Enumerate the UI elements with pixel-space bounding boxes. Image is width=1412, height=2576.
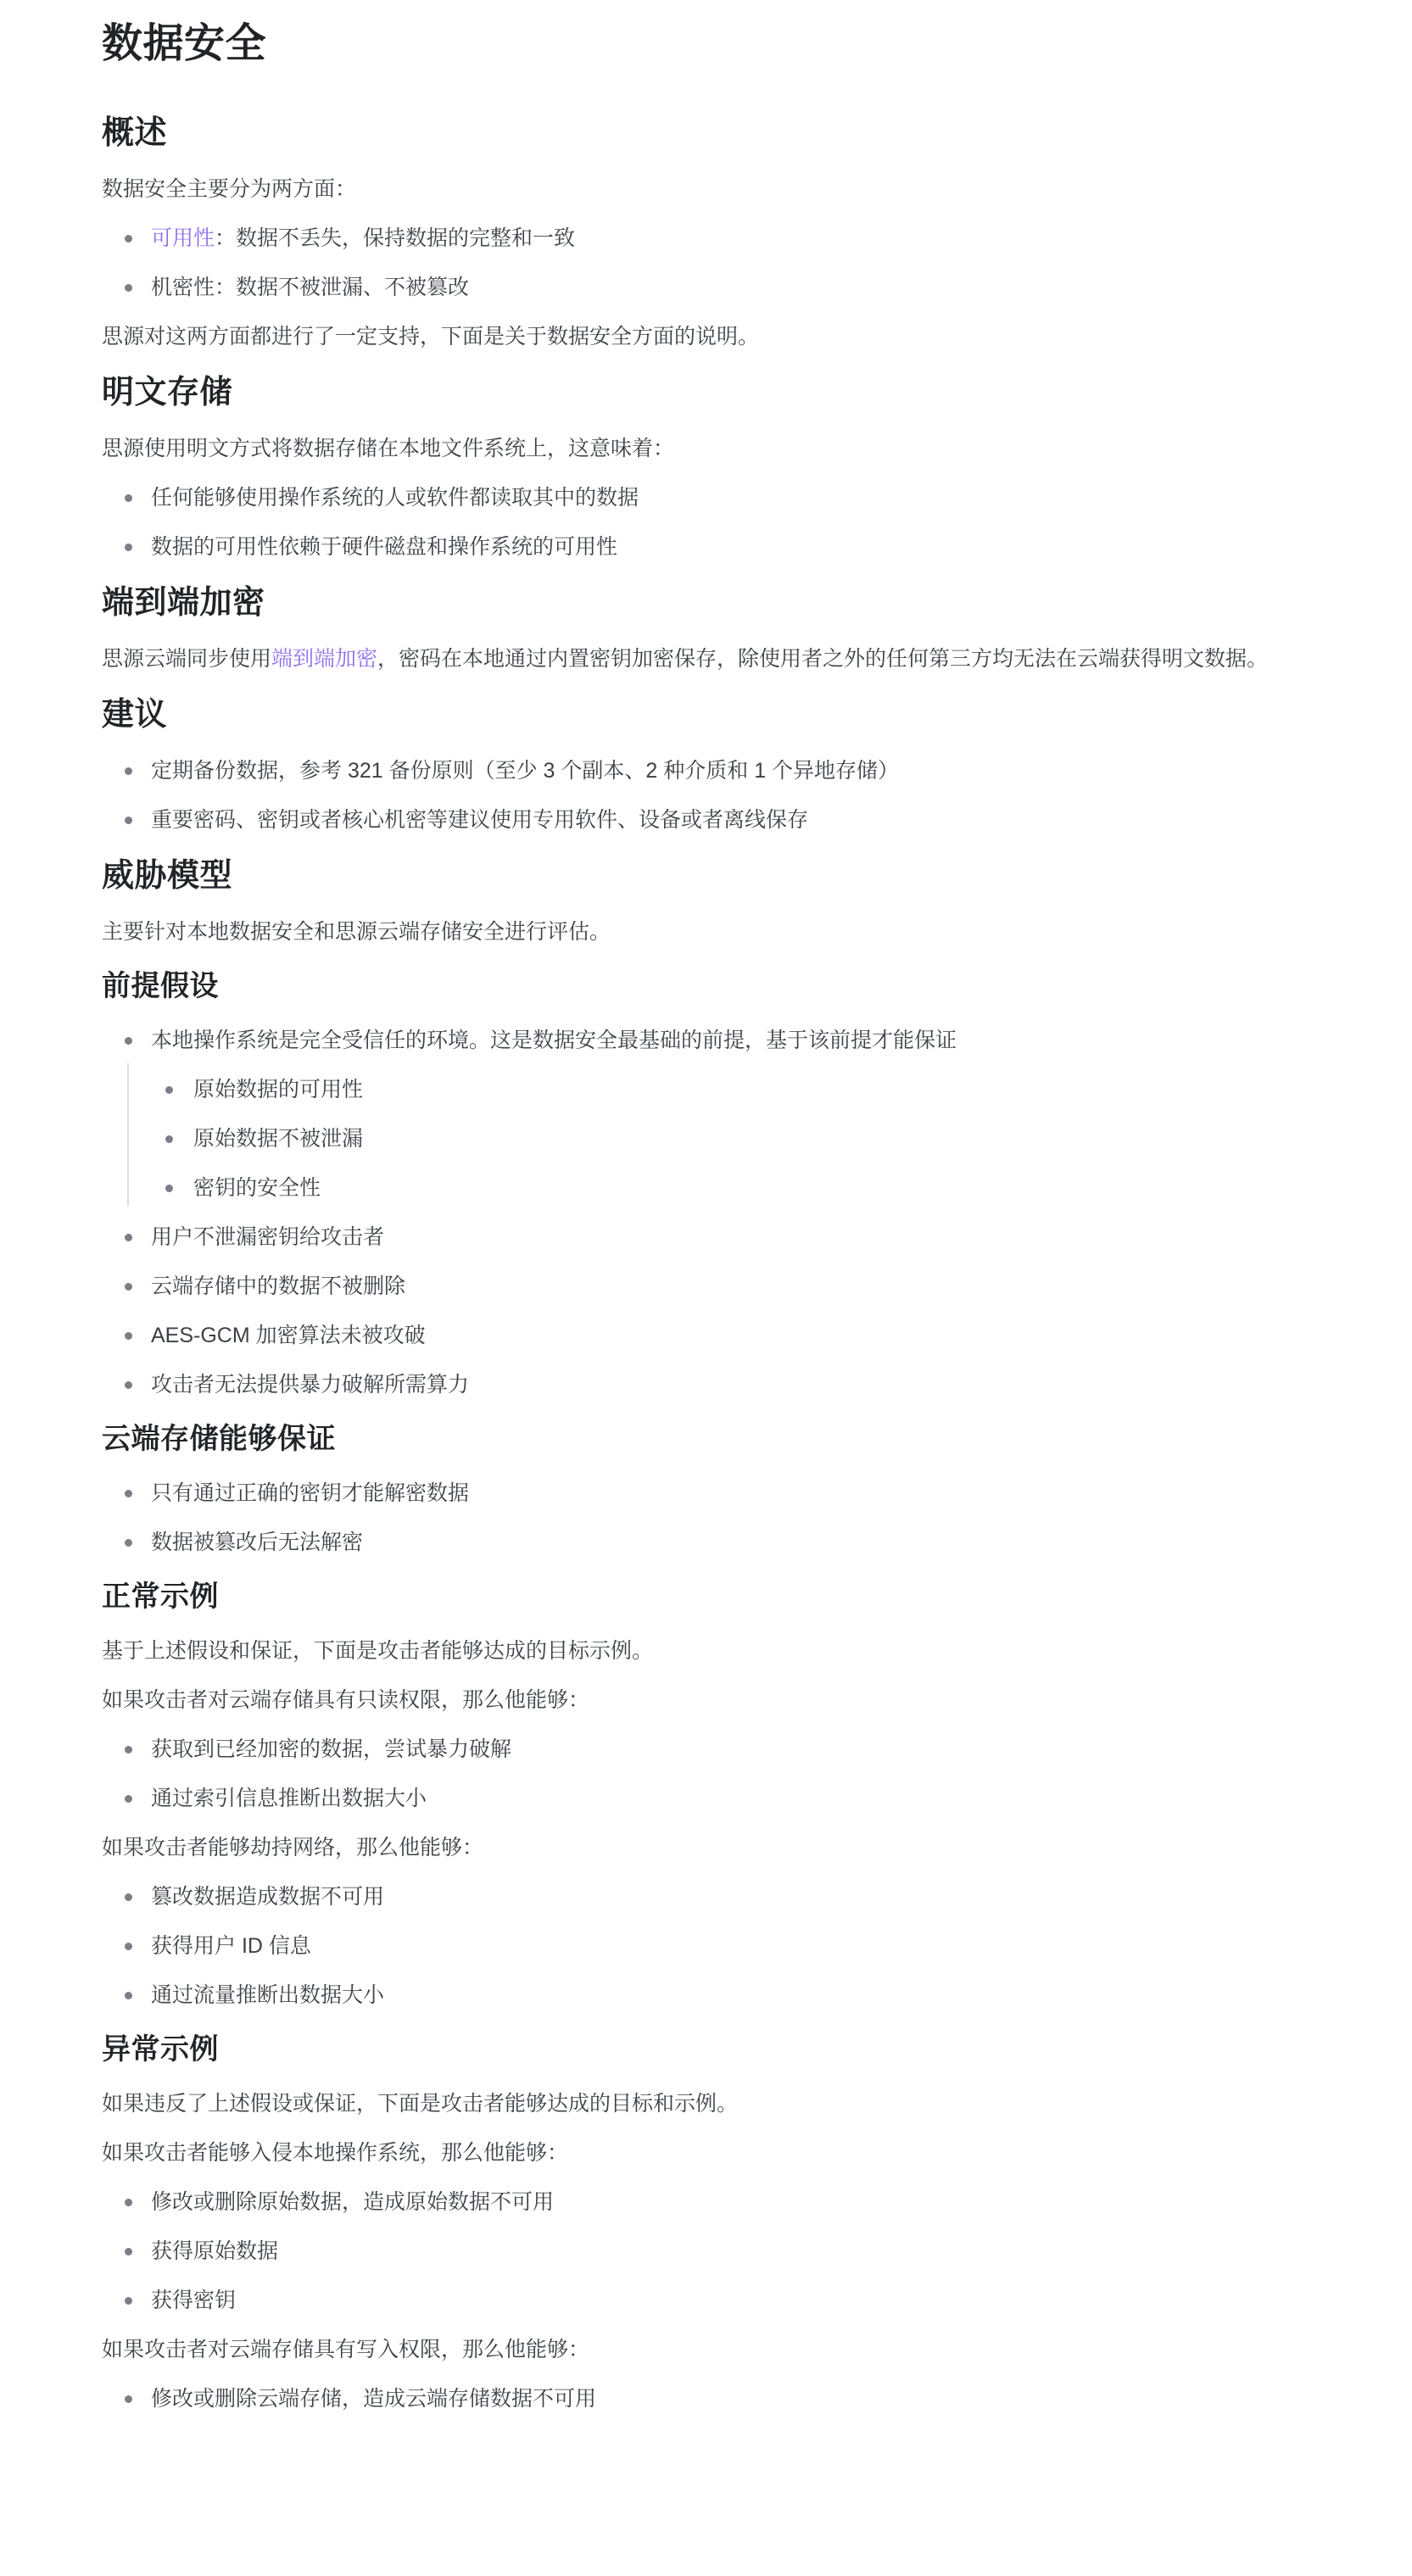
normal-cases-intro: 基于上述假设和保证，下面是攻击者能够达成的目标示例。 [102, 1638, 1310, 1664]
hijack-list: 篡改数据造成数据不可用 获得用户 ID 信息 通过流量推断出数据大小 [102, 1884, 1310, 2008]
local-os-sublist: 原始数据的可用性 原始数据不被泄漏 密钥的安全性 [151, 1077, 1310, 1201]
list-item: 获得用户 ID 信息 [102, 1933, 1310, 1959]
readonly-intro: 如果攻击者对云端存储具有只读权限，那么他能够： [102, 1687, 1310, 1713]
heading-overview: 概述 [102, 114, 1310, 153]
plaintext-list: 任何能够使用操作系统的人或软件都读取其中的数据 数据的可用性依赖于硬件磁盘和操作… [102, 485, 1310, 560]
heading-plaintext-storage: 明文存储 [102, 373, 1310, 412]
write-access-list: 修改或删除云端存储，造成云端存储数据不可用 [102, 2386, 1310, 2412]
list-item: 数据的可用性依赖于硬件磁盘和操作系统的可用性 [102, 534, 1310, 560]
list-item: 修改或删除原始数据，造成原始数据不可用 [102, 2189, 1310, 2215]
list-item: 获得密钥 [102, 2288, 1310, 2313]
sub-list-item: 原始数据的可用性 [151, 1077, 1310, 1102]
document-page: 数据安全 概述 数据安全主要分为两方面： 可用性：数据不丢失，保持数据的完整和一… [0, 0, 1412, 2537]
list-item: 用户不泄漏密钥给攻击者 [102, 1224, 1310, 1250]
list-item: 攻击者无法提供暴力破解所需算力 [102, 1372, 1310, 1397]
list-item: 通过流量推断出数据大小 [102, 1982, 1310, 2008]
cloud-guarantee-list: 只有通过正确的密钥才能解密数据 数据被篡改后无法解密 [102, 1480, 1310, 1555]
sub-list-item: 密钥的安全性 [151, 1175, 1310, 1201]
e2ee-paragraph: 思源云端同步使用端到端加密，密码在本地通过内置密钥加密保存，除使用者之外的任何第… [102, 646, 1310, 672]
heading-cloud-guarantee: 云端存储能够保证 [102, 1421, 1310, 1457]
write-access-intro: 如果攻击者对云端存储具有写入权限，那么他能够： [102, 2337, 1310, 2362]
e2ee-text-before: 思源云端同步使用 [102, 647, 271, 671]
os-intrusion-intro: 如果攻击者能够入侵本地操作系统，那么他能够： [102, 2140, 1310, 2166]
list-item: 重要密码、密钥或者核心机密等建议使用专用软件、设备或者离线保存 [102, 807, 1310, 833]
abnormal-cases-intro: 如果违反了上述假设或保证，下面是攻击者能够达成的目标和示例。 [102, 2091, 1310, 2116]
list-item: 数据被篡改后无法解密 [102, 1530, 1310, 1555]
e2ee-text-after: ，密码在本地通过内置密钥加密保存，除使用者之外的任何第三方均无法在云端获得明文数… [377, 647, 1268, 671]
list-item: 获得原始数据 [102, 2239, 1310, 2264]
list-item-local-os: 本地操作系统是完全受信任的环境。这是数据安全最基础的前提，基于该前提才能保证 原… [102, 1028, 1310, 1201]
advice-list: 定期备份数据，参考 321 备份原则（至少 3 个副本、2 种介质和 1 个异地… [102, 758, 1310, 833]
availability-text: ：数据不丢失，保持数据的完整和一致 [215, 226, 575, 250]
heading-advice: 建议 [102, 695, 1310, 734]
threat-model-intro: 主要针对本地数据安全和思源云端存储安全进行评估。 [102, 919, 1310, 945]
heading-assumptions: 前提假设 [102, 968, 1310, 1004]
list-item: AES-GCM 加密算法未被攻破 [102, 1323, 1310, 1348]
heading-abnormal-cases: 异常示例 [102, 2032, 1310, 2067]
list-item: 定期备份数据，参考 321 备份原则（至少 3 个副本、2 种介质和 1 个异地… [102, 758, 1310, 783]
local-os-text: 本地操作系统是完全受信任的环境。这是数据安全最基础的前提，基于该前提才能保证 [151, 1029, 957, 1052]
plaintext-intro: 思源使用明文方式将数据存储在本地文件系统上，这意味着： [102, 436, 1310, 461]
e2ee-link[interactable]: 端到端加密 [271, 647, 377, 671]
heading-normal-cases: 正常示例 [102, 1579, 1310, 1614]
page-title: 数据安全 [102, 20, 1310, 68]
heading-e2ee: 端到端加密 [102, 583, 1310, 622]
list-item-availability: 可用性：数据不丢失，保持数据的完整和一致 [102, 226, 1310, 251]
sub-list-item: 原始数据不被泄漏 [151, 1126, 1310, 1151]
overview-outro: 思源对这两方面都进行了一定支持，下面是关于数据安全方面的说明。 [102, 324, 1310, 349]
list-item: 通过索引信息推断出数据大小 [102, 1786, 1310, 1811]
list-item: 获取到已经加密的数据，尝试暴力破解 [102, 1737, 1310, 1762]
heading-threat-model: 威胁模型 [102, 856, 1310, 895]
list-item: 任何能够使用操作系统的人或软件都读取其中的数据 [102, 485, 1310, 510]
assumptions-list: 本地操作系统是完全受信任的环境。这是数据安全最基础的前提，基于该前提才能保证 原… [102, 1028, 1310, 1397]
list-item: 篡改数据造成数据不可用 [102, 1884, 1310, 1910]
overview-list: 可用性：数据不丢失，保持数据的完整和一致 机密性：数据不被泄漏、不被篡改 [102, 226, 1310, 300]
list-item-confidentiality: 机密性：数据不被泄漏、不被篡改 [102, 275, 1310, 300]
list-item: 修改或删除云端存储，造成云端存储数据不可用 [102, 2386, 1310, 2412]
availability-link[interactable]: 可用性 [151, 226, 215, 250]
readonly-list: 获取到已经加密的数据，尝试暴力破解 通过索引信息推断出数据大小 [102, 1737, 1310, 1811]
overview-intro: 数据安全主要分为两方面： [102, 176, 1310, 202]
list-item: 只有通过正确的密钥才能解密数据 [102, 1480, 1310, 1506]
list-item: 云端存储中的数据不被删除 [102, 1274, 1310, 1299]
os-intrusion-list: 修改或删除原始数据，造成原始数据不可用 获得原始数据 获得密钥 [102, 2189, 1310, 2313]
hijack-intro: 如果攻击者能够劫持网络，那么他能够： [102, 1835, 1310, 1860]
